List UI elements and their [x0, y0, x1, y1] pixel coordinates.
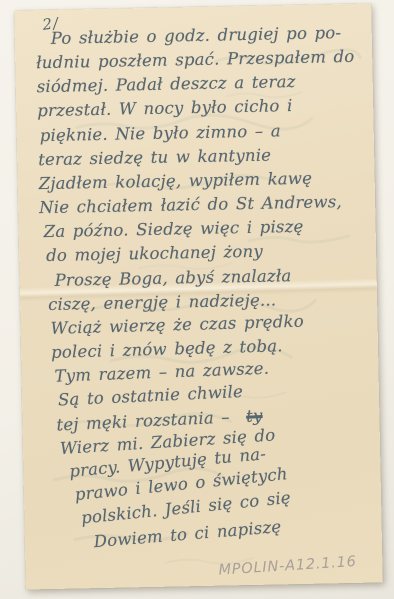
- struck-word: ty: [246, 406, 263, 426]
- archive-number: MPOLIN-A12.1.16: [218, 554, 357, 579]
- scanned-letter: 2/ Po służbie o godz. drugiej po po- łud…: [0, 0, 394, 599]
- letter-body: Po służbie o godz. drugiej po po- łudniu…: [36, 21, 367, 559]
- letter-page: 2/ Po służbie o godz. drugiej po po- łud…: [14, 3, 383, 589]
